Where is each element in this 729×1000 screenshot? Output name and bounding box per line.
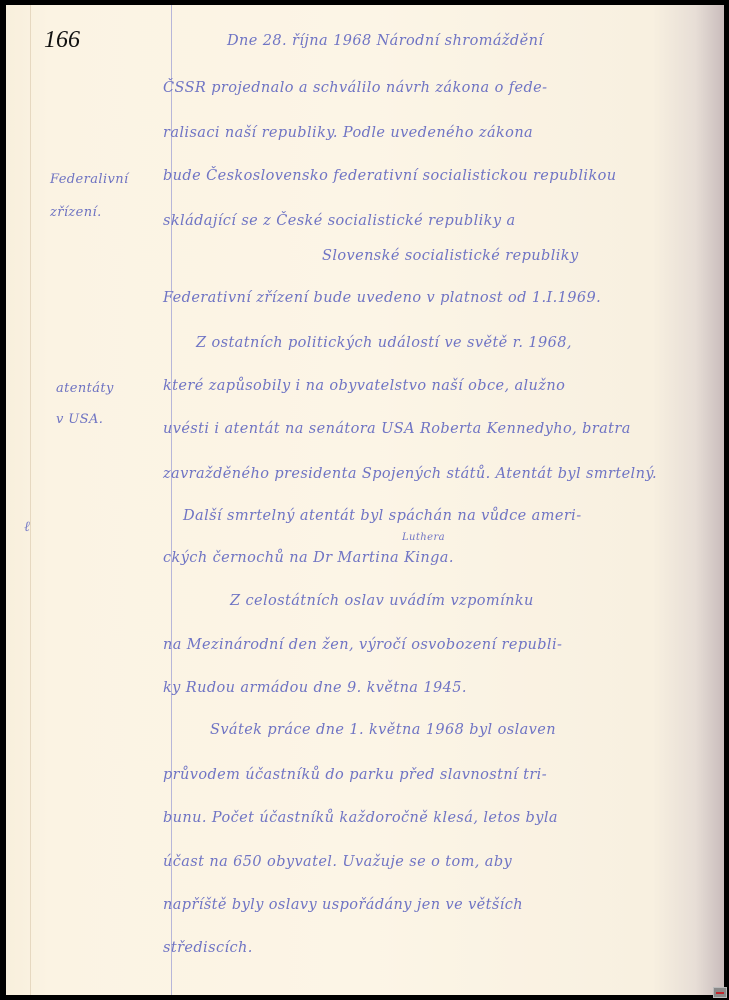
- inserted-word: Luthera: [402, 532, 445, 543]
- text-line: zavražděného presidenta Spojených států.…: [163, 466, 657, 482]
- text-line: ckých černochů na Dr Martina Kinga.: [163, 550, 454, 566]
- text-line: Z celostátních oslav uvádím vzpomínku: [230, 593, 534, 609]
- text-line: průvodem účastníků do parku před slavnos…: [163, 767, 547, 783]
- text-line: uvésti i atentát na senátora USA Roberta…: [163, 421, 631, 437]
- margin-note: Federalivní: [50, 172, 129, 187]
- margin-note: v USA.: [56, 412, 103, 427]
- text-line: Svátek práce dne 1. května 1968 byl osla…: [210, 722, 556, 738]
- text-line: Další smrtelný atentát byl spáchán na vů…: [183, 508, 582, 524]
- document-page: 166 Federalivnízřízení.atentátyv USA. ℓ …: [6, 5, 724, 995]
- text-line: bunu. Počet účastníků každoročně klesá, …: [163, 810, 558, 826]
- margin-note: atentáty: [56, 381, 114, 396]
- page-number: 166: [44, 27, 80, 54]
- text-line: napříště byly oslavy uspořádány jen ve v…: [163, 897, 523, 913]
- text-line: na Mezinárodní den žen, výročí osvobozen…: [163, 637, 562, 653]
- text-line: účast na 650 obyvatel. Uvažuje se o tom,…: [163, 854, 512, 870]
- text-line: skládající se z České socialistické repu…: [163, 213, 515, 229]
- text-line: Z ostatních politických událostí ve svět…: [196, 335, 572, 351]
- margin-mark: ℓ: [24, 519, 30, 536]
- text-line: ČSSR projednalo a schválilo návrh zákona…: [163, 80, 547, 96]
- text-line: Federativní zřízení bude uvedeno v platn…: [163, 290, 601, 306]
- text-line: které zapůsobily i na obyvatelstvo naší …: [163, 378, 565, 394]
- text-line: střediscích.: [163, 940, 253, 956]
- viewer-corner-button[interactable]: [713, 987, 727, 998]
- text-line: ky Rudou armádou dne 9. května 1945.: [163, 680, 467, 696]
- text-line: Slovenské socialistické republiky: [322, 248, 579, 264]
- page-edge-rule: [30, 5, 31, 995]
- text-line: ralisaci naší republiky. Podle uvedeného…: [163, 125, 533, 141]
- text-line: Dne 28. října 1968 Národní shromáždění: [227, 33, 543, 49]
- text-line: bude Československo federativní socialis…: [163, 168, 617, 184]
- margin-note: zřízení.: [50, 205, 102, 220]
- margin-rule: [171, 5, 172, 995]
